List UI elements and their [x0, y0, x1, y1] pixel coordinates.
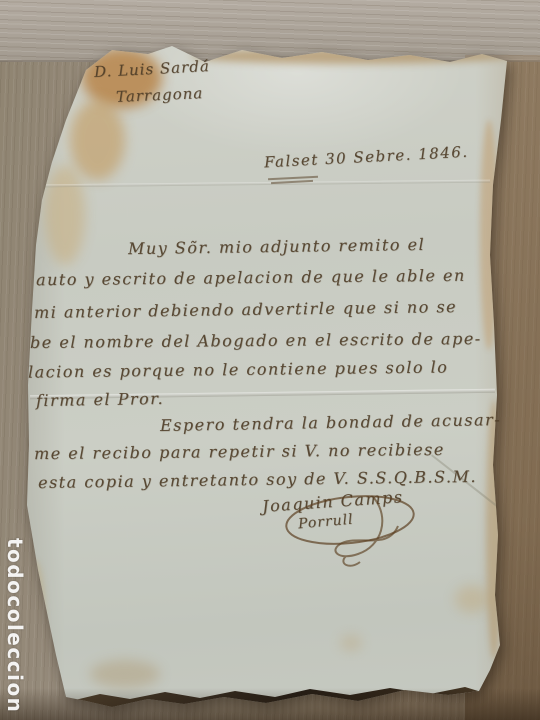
letter-paper-shadow	[0, 0, 540, 720]
stain-spot	[190, 48, 510, 64]
letter-paper	[0, 0, 540, 720]
floor-shadow	[0, 688, 540, 720]
stain-spot	[70, 100, 125, 180]
photo-of-letter: D. Luis Sardá Tarragona Falset 30 Sebre.…	[0, 0, 540, 720]
stain-spot	[90, 660, 160, 688]
stain-spot	[24, 560, 46, 690]
paper-crease	[431, 454, 519, 523]
stain-spot	[340, 635, 362, 651]
stain-spot	[455, 585, 489, 613]
stain-spot	[486, 400, 502, 660]
paper-crease	[40, 180, 490, 188]
stain-spot	[82, 48, 162, 108]
paper-crease	[30, 389, 495, 399]
stain-spot	[480, 120, 498, 350]
watermark-text: todocoleccion	[3, 538, 27, 713]
stain-spot	[45, 165, 85, 265]
